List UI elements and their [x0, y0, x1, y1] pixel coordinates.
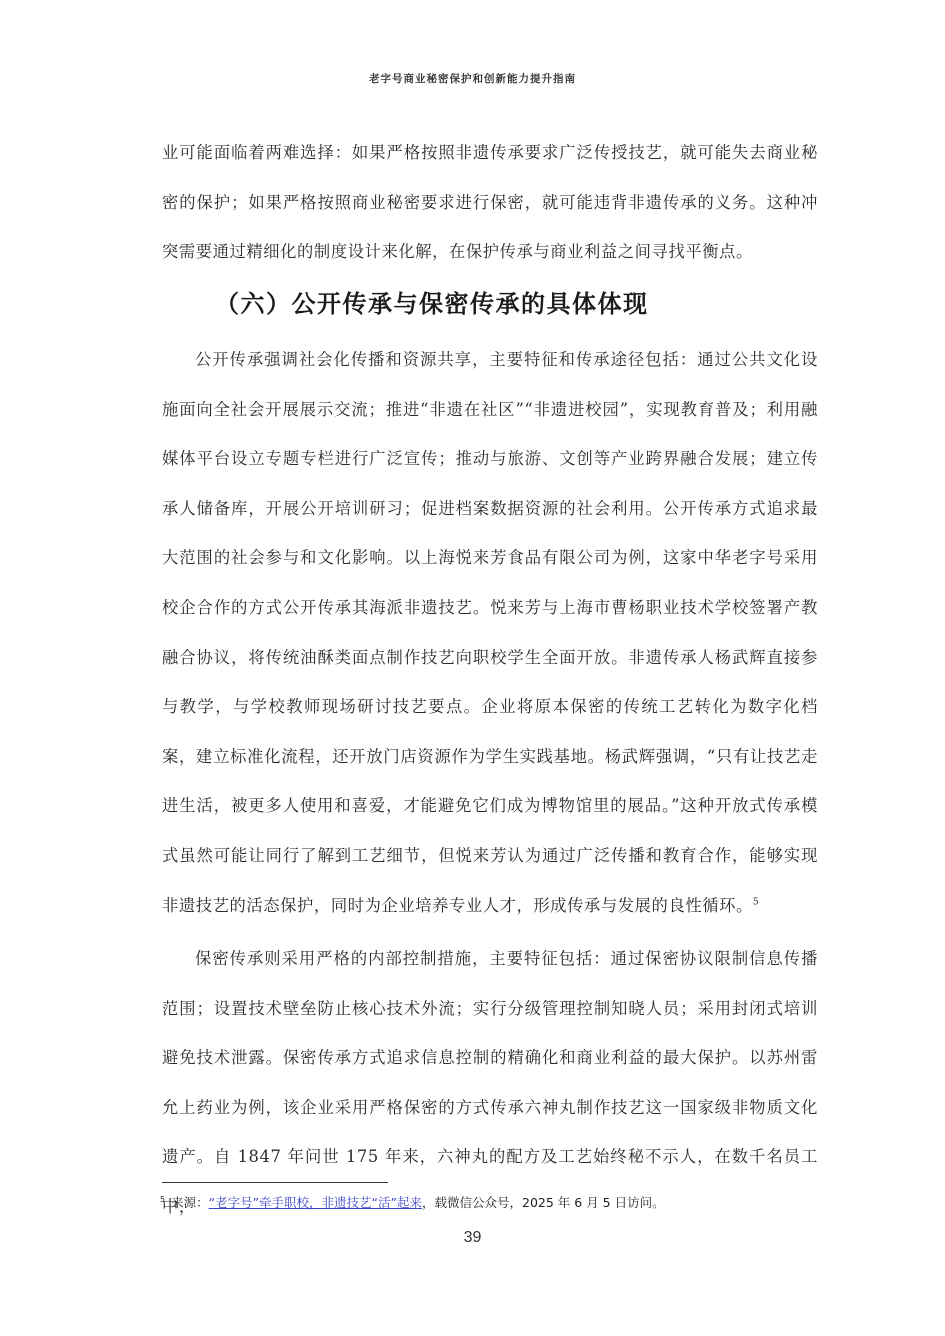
footnote: 5来源：“老字号”牵手职校，非遗技艺“活”起来，载微信公众号，2025 年 6 … [160, 1193, 665, 1211]
footnote-prefix: 来源： [171, 1195, 209, 1210]
footnote-suffix: ，载微信公众号，2025 年 6 月 5 日访问。 [422, 1195, 665, 1210]
footnote-number: 5 [160, 1195, 165, 1204]
running-header: 老字号商业秘密保护和创新能力提升指南 [0, 71, 945, 86]
paragraph-public-inheritance: 公开传承强调社会化传播和资源共享，主要特征和传承途径包括：通过公共文化设施面向全… [162, 335, 818, 930]
paragraph-confidential-inheritance: 保密传承则采用严格的内部控制措施，主要特征包括：通过保密协议限制信息传播范围；设… [162, 934, 818, 1232]
section-heading: （六）公开传承与保密传承的具体体现 [215, 284, 649, 319]
footnote-source-link[interactable]: “老字号”牵手职校，非遗技艺“活”起来 [209, 1195, 422, 1210]
paragraph-continued: 业可能面临着两难选择：如果严格按照非遗传承要求广泛传授技艺，就可能失去商业秘密的… [162, 128, 818, 277]
footnote-reference[interactable]: 5 [753, 897, 759, 907]
paragraph-text: 公开传承强调社会化传播和资源共享，主要特征和传承途径包括：通过公共文化设施面向全… [162, 350, 818, 915]
page-number: 39 [0, 1229, 945, 1247]
footnote-divider [162, 1182, 388, 1183]
